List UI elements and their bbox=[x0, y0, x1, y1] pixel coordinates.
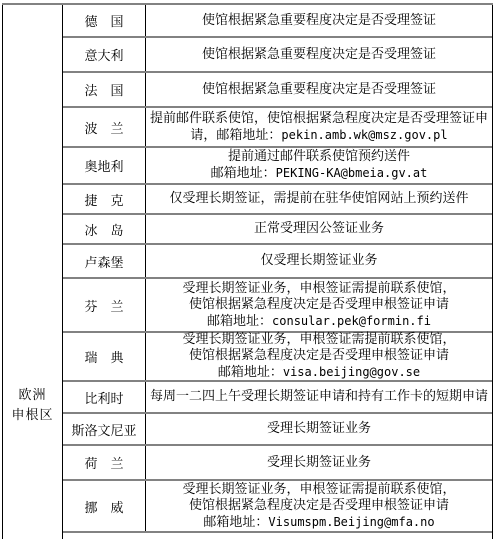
detail-cell: 每周一二四上午受理长期签证申请和持有工作卡的短期申请 bbox=[146, 382, 492, 412]
country-cell: 德 国 bbox=[63, 5, 146, 36]
country-cell: 比利时 bbox=[63, 382, 146, 412]
email-address: consular.pek@formin.fi bbox=[272, 314, 431, 328]
detail-line: 请，邮箱地址：pekin.amb.wk@msz.gov.pl bbox=[190, 127, 447, 144]
table-row: 荷 兰受理长期签证业务 bbox=[63, 446, 492, 481]
country-cell: 奥地利 bbox=[63, 148, 146, 183]
detail-cell: 受理长期签证业务 bbox=[146, 414, 492, 444]
email-address: visa.beijing@gov.se bbox=[283, 365, 420, 379]
detail-line: 邮箱地址：visa.beijing@gov.se bbox=[218, 364, 420, 381]
detail-cell: 受理长期签证业务，申根签证需提前联系使馆，使馆根据紧急程度决定是否受理申根签证申… bbox=[146, 481, 492, 531]
detail-line: 使馆根据紧急重要程度决定是否受理签证 bbox=[202, 47, 436, 63]
table-row: 斯洛文尼亚受理长期签证业务 bbox=[63, 414, 492, 446]
visa-policy-table: 欧洲 申根区 德 国使馆根据紧急重要程度决定是否受理签证意大利使馆根据紧急重要程… bbox=[2, 3, 493, 539]
detail-line: 受理长期签证业务 bbox=[267, 421, 371, 437]
embassy-visa-table-screen: 欧洲 申根区 德 国使馆根据紧急重要程度决定是否受理签证意大利使馆根据紧急重要程… bbox=[0, 0, 495, 539]
table-row: 德 国使馆根据紧急重要程度决定是否受理签证 bbox=[63, 5, 492, 38]
email-address: pekin.amb.wk@msz.gov.pl bbox=[281, 128, 447, 142]
detail-line: 受理长期签证业务，申根签证需提前联系使馆， bbox=[182, 332, 455, 348]
detail-line: 邮箱地址：Visumspm.Beijing@mfa.no bbox=[203, 514, 434, 531]
country-cell: 捷 克 bbox=[63, 185, 146, 213]
email-address: Visumspm.Beijing@mfa.no bbox=[268, 515, 434, 529]
country-cell: 意大利 bbox=[63, 38, 146, 71]
table-row: 波 兰提前邮件联系使馆，使馆根据紧急程度决定是否受理签证申请，邮箱地址：peki… bbox=[63, 108, 492, 148]
table-row: 意大利使馆根据紧急重要程度决定是否受理签证 bbox=[63, 38, 492, 73]
detail-cell: 使馆根据紧急重要程度决定是否受理签证 bbox=[146, 5, 492, 36]
detail-cell: 仅受理长期签证业务 bbox=[146, 245, 492, 277]
detail-line: 受理长期签证业务 bbox=[267, 455, 371, 471]
table-row: 挪 威受理长期签证业务，申根签证需提前联系使馆，使馆根据紧急程度决定是否受理申根… bbox=[63, 481, 492, 533]
detail-cell: 受理长期签证业务 bbox=[146, 446, 492, 479]
detail-line: 提前通过邮件联系使馆预约送件 bbox=[228, 149, 410, 165]
detail-line: 受理长期签证业务，申根签证需提前联系使馆， bbox=[182, 281, 455, 297]
detail-line: 仅受理长期签证，需提前在驻华使馆网站上预约送件 bbox=[169, 191, 468, 207]
detail-line: 正常受理因公签证业务 bbox=[254, 221, 384, 237]
table-rows: 德 国使馆根据紧急重要程度决定是否受理签证意大利使馆根据紧急重要程度决定是否受理… bbox=[63, 5, 493, 539]
detail-line: 使馆根据紧急程度决定是否受理申根签证申请 bbox=[189, 348, 449, 364]
table-row: 法 国使馆根据紧急重要程度决定是否受理签证 bbox=[63, 73, 492, 108]
detail-cell: 受理长期签证业务，申根签证需提前联系使馆，使馆根据紧急程度决定是否受理申根签证申… bbox=[146, 279, 492, 331]
table-row: 卢森堡仅受理长期签证业务 bbox=[63, 245, 492, 279]
detail-cell: 受理长期签证业务，申根签证需提前联系使馆，使馆根据紧急程度决定是否受理申根签证申… bbox=[146, 333, 492, 380]
country-cell: 芬 兰 bbox=[63, 279, 146, 331]
detail-cell: 提前邮件联系使馆，使馆根据紧急程度决定是否受理签证申请，邮箱地址：pekin.a… bbox=[146, 108, 492, 146]
country-cell: 挪 威 bbox=[63, 481, 146, 531]
detail-cell: 正常受理因公签证业务 bbox=[146, 215, 492, 243]
email-address: PEKING-KA@bmeia.gv.at bbox=[276, 166, 428, 180]
table-row: 捷 克仅受理长期签证，需提前在驻华使馆网站上预约送件 bbox=[63, 185, 492, 215]
table-row: 冰 岛正常受理因公签证业务 bbox=[63, 215, 492, 245]
country-cell: 荷 兰 bbox=[63, 446, 146, 479]
country-cell: 卢森堡 bbox=[63, 245, 146, 277]
table-row: 奥地利提前通过邮件联系使馆预约送件邮箱地址：PEKING-KA@bmeia.gv… bbox=[63, 148, 492, 185]
country-cell: 瑞 典 bbox=[63, 333, 146, 380]
region-label-line1: 欧洲 bbox=[3, 386, 62, 406]
region-label: 欧洲 申根区 bbox=[3, 386, 62, 426]
detail-line: 使馆根据紧急程度决定是否受理申根签证申请 bbox=[189, 297, 449, 313]
table-row: 瑞 典受理长期签证业务，申根签证需提前联系使馆，使馆根据紧急程度决定是否受理申根… bbox=[63, 333, 492, 382]
detail-line: 邮箱地址：consular.pek@formin.fi bbox=[207, 313, 431, 330]
detail-line: 提前邮件联系使馆，使馆根据紧急程度决定是否受理签证申 bbox=[150, 111, 488, 127]
country-cell: 波 兰 bbox=[63, 108, 146, 146]
detail-cell: 仅受理长期签证，需提前在驻华使馆网站上预约送件 bbox=[146, 185, 492, 213]
detail-cell: 提前通过邮件联系使馆预约送件邮箱地址：PEKING-KA@bmeia.gv.at bbox=[146, 148, 492, 183]
region-cell: 欧洲 申根区 bbox=[2, 5, 63, 539]
detail-line: 使馆根据紧急程度决定是否受理申根签证申请 bbox=[189, 498, 449, 514]
table-row: 芬 兰受理长期签证业务，申根签证需提前联系使馆，使馆根据紧急程度决定是否受理申根… bbox=[63, 279, 492, 333]
table-row: 比利时每周一二四上午受理长期签证申请和持有工作卡的短期申请 bbox=[63, 382, 492, 414]
detail-cell: 使馆根据紧急重要程度决定是否受理签证 bbox=[146, 73, 492, 106]
detail-cell: 使馆根据紧急重要程度决定是否受理签证 bbox=[146, 38, 492, 71]
region-label-line2: 申根区 bbox=[3, 406, 62, 426]
country-cell: 法 国 bbox=[63, 73, 146, 106]
country-cell: 斯洛文尼亚 bbox=[63, 414, 146, 444]
detail-line: 受理长期签证业务，申根签证需提前联系使馆， bbox=[182, 482, 455, 498]
detail-line: 使馆根据紧急重要程度决定是否受理签证 bbox=[202, 13, 436, 29]
country-cell: 冰 岛 bbox=[63, 215, 146, 243]
detail-line: 使馆根据紧急重要程度决定是否受理签证 bbox=[202, 82, 436, 98]
detail-line: 每周一二四上午受理长期签证申请和持有工作卡的短期申请 bbox=[150, 389, 488, 405]
detail-line: 仅受理长期签证业务 bbox=[260, 253, 377, 269]
detail-line: 邮箱地址：PEKING-KA@bmeia.gv.at bbox=[211, 165, 428, 182]
